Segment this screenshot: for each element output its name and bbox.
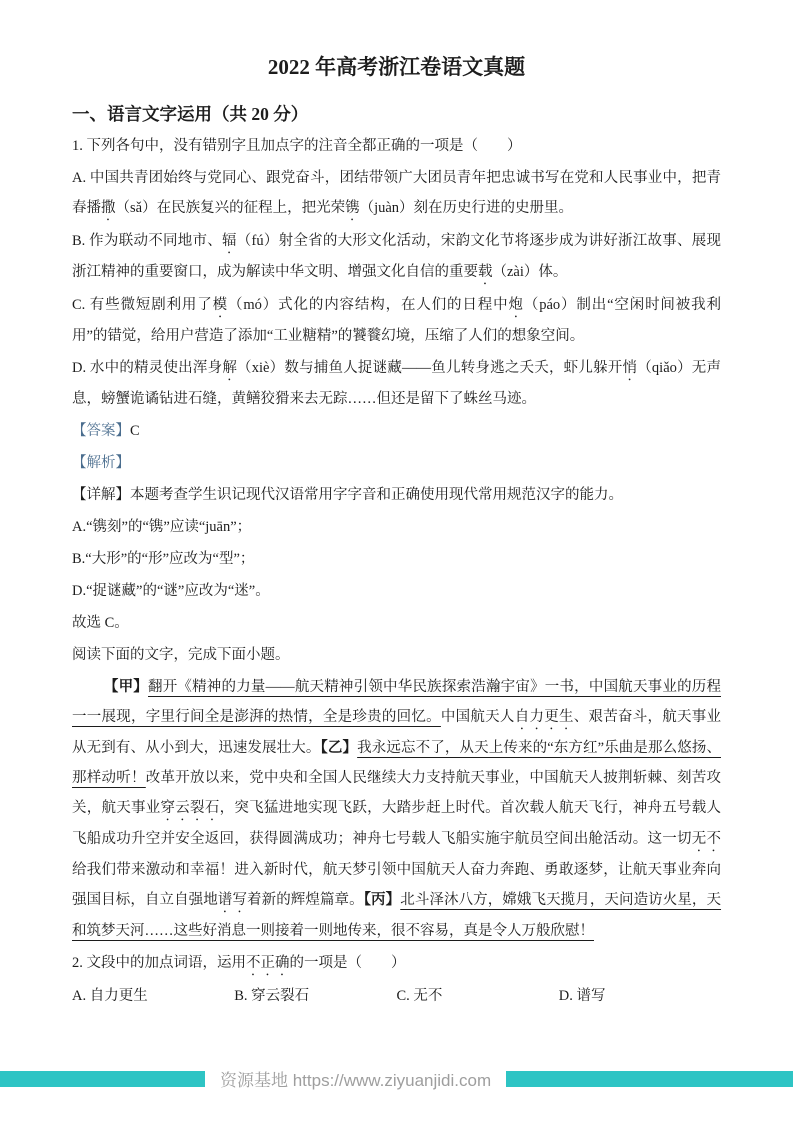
- footer-watermark: 资源基地 https://www.ziyuanjidi.com: [0, 1066, 793, 1091]
- section-heading: 一、语言文字运用（共 20 分）: [72, 99, 721, 129]
- answer-label: 【答案】: [72, 423, 130, 439]
- text-run: （xiè）数与捕鱼人捉谜藏——鱼儿转身逃之夭夭，虾儿躲开: [237, 360, 622, 376]
- reading-passage: 【甲】翻开《精神的力量——航天精神引领中华民族探索浩瀚宇宙》一书，中国航天事业的…: [72, 672, 721, 946]
- text-run: （sǎ）在民族复兴的征程上，把光荣: [116, 200, 346, 216]
- q1-option-d: D. 水中的精灵使出浑身解（xiè）数与捕鱼人捉谜藏——鱼儿转身逃之夭夭，虾儿躲…: [72, 353, 721, 414]
- analysis-line: 【解析】: [72, 448, 721, 478]
- emphasized-char: 悄: [623, 360, 638, 376]
- emphasized-char: 解: [222, 360, 237, 376]
- answer-line: 【答案】C: [72, 416, 721, 446]
- q1-option-b: B. 作为联动不同地市、辐（fú）射全省的大形文化活动，宋韵文化节将逐步成为讲好…: [72, 226, 721, 288]
- q2-option-d: D. 谱写: [559, 981, 721, 1011]
- document-page: 2022 年高考浙江卷语文真题 一、语言文字运用（共 20 分） 1. 下列各句…: [0, 52, 793, 1011]
- footer-site-text: 资源基地 https://www.ziyuanjidi.com: [220, 1066, 491, 1091]
- q1-option-c: C. 有些微短剧利用了模（mó）式化的内容结构，在人们的日程中炮（páo）制出“…: [72, 290, 721, 351]
- footer-bar-left: [0, 1071, 205, 1087]
- text-run: 中国航天人: [441, 709, 515, 725]
- explanation-a: A.“镌刻”的“镌”应读“juān”；: [72, 512, 721, 542]
- emphasized-char: 模: [213, 297, 228, 313]
- text-run: B. 作为联动不同地市、: [72, 233, 222, 249]
- emphasized-char: 辐: [222, 233, 237, 249]
- answer-value: C: [130, 423, 140, 439]
- text-run: 着新的辉煌篇章。: [247, 892, 364, 908]
- emphasized-char: 撒: [101, 200, 116, 216]
- passage-marker-jia: 【甲】: [104, 679, 148, 695]
- q2-stem: 2. 文段中的加点词语，运用不正确的一项是（ ）: [72, 948, 721, 979]
- text-run: 的一项是（ ）: [290, 955, 406, 971]
- q1-stem: 1. 下列各句中，没有错别字且加点字的注音全都正确的一项是（ ）: [72, 131, 721, 161]
- emphasized-word: 谱写: [218, 892, 247, 908]
- emphasized-word: 穿云裂石: [161, 800, 220, 816]
- text-run: 2. 文段中的加点词语，运用: [72, 955, 246, 971]
- explanation-detail: 【详解】本题考查学生识记现代汉语常用字字音和正确使用现代常用规范汉字的能力。: [72, 480, 721, 510]
- emphasized-word: 无不: [692, 831, 721, 847]
- emphasized-char: 炮: [508, 297, 523, 313]
- reading-intro: 阅读下面的文字，完成下面小题。: [72, 640, 721, 670]
- footer-bar-right: [506, 1071, 793, 1087]
- explanation-d: D.“捉谜藏”的“谜”应改为“迷”。: [72, 576, 721, 606]
- q2-option-b: B. 穿云裂石: [234, 981, 396, 1011]
- analysis-label: 【解析】: [72, 455, 130, 471]
- text-run: D. 水中的精灵使出浑身: [72, 360, 222, 376]
- text-run: （zài）体。: [493, 264, 568, 280]
- text-run: （juàn）刻在历史行进的史册里。: [360, 200, 573, 216]
- text-run: C. 有些微短剧利用了: [72, 297, 213, 313]
- q2-option-c: C. 无不: [397, 981, 559, 1011]
- explanation-b: B.“大形”的“形”应改为“型”；: [72, 544, 721, 574]
- emphasized-word: 不正确: [246, 955, 290, 971]
- emphasized-char: 载: [478, 264, 493, 280]
- q2-option-a: A. 自力更生: [72, 981, 234, 1011]
- emphasized-word: 自力更生: [515, 709, 574, 725]
- text-run: （mó）式化的内容结构，在人们的日程中: [228, 297, 508, 313]
- q2-options-row: A. 自力更生 B. 穿云裂石 C. 无不 D. 谱写: [72, 981, 721, 1011]
- q1-option-a: A. 中国共青团始终与党同心、跟党奋斗，团结带领广大团员青年把忠诚书写在党和人民…: [72, 163, 721, 224]
- passage-marker-yi: 【乙】: [321, 740, 358, 756]
- emphasized-char: 镌: [345, 200, 360, 216]
- explanation-conclusion: 故选 C。: [72, 608, 721, 638]
- page-title: 2022 年高考浙江卷语文真题: [72, 52, 721, 82]
- passage-marker-bing: 【丙】: [364, 892, 401, 908]
